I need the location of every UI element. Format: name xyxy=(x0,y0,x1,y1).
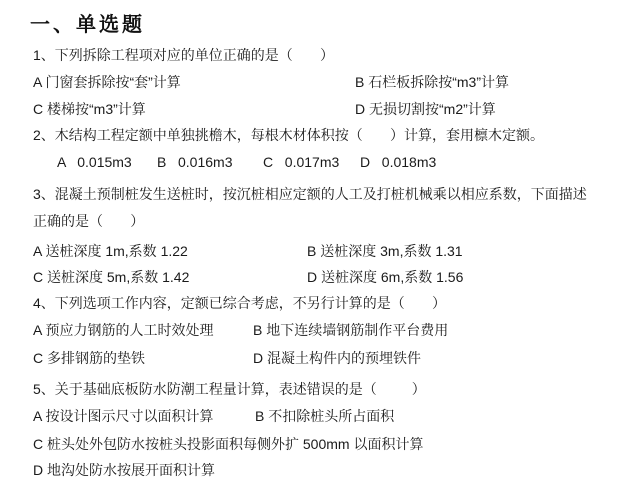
question-3-option-a: A 送桩深度 1m,系数 1.22 xyxy=(33,243,188,259)
question-3-stem-line1: 3、混凝土预制桩发生送桩时，按沉桩相应定额的人工及打桩机械乘以相应系数，下面描述 xyxy=(33,186,587,202)
question-3-option-c: C 送桩深度 5m,系数 1.42 xyxy=(33,269,189,285)
question-5-option-c: C 桩头处外包防水按桩头投影面积每侧外扩 500mm 以面积计算 xyxy=(33,436,423,452)
question-4-option-c: C 多排钢筋的垫铁 xyxy=(33,350,145,366)
question-1-option-d: D 无损切割按“m2”计算 xyxy=(355,101,496,117)
question-3-stem-line2: 正确的是（ ） xyxy=(33,213,144,229)
section-title: 一、单选题 xyxy=(30,8,145,37)
question-2-option-d: D 0.018m3 xyxy=(360,154,436,170)
question-5-option-b: B 不扣除桩头所占面积 xyxy=(255,408,394,424)
question-5-option-a: A 按设计图示尺寸以面积计算 xyxy=(33,408,213,424)
question-2-option-a: A 0.015m3 xyxy=(57,154,132,170)
question-1-stem: 1、下列拆除工程项对应的单位正确的是（ ） xyxy=(33,47,334,63)
question-1-option-a: A 门窗套拆除按“套”计算 xyxy=(33,74,181,90)
question-4-stem: 4、下列选项工作内容，定额已综合考虑，不另行计算的是（ ） xyxy=(33,295,446,311)
question-2-stem: 2、木结构工程定额中单独挑檐木，每根木材体积按（ ）计算，套用檩木定额。 xyxy=(33,127,544,143)
exam-page: 一、单选题 1、下列拆除工程项对应的单位正确的是（ ） A 门窗套拆除按“套”计… xyxy=(0,0,637,483)
question-4-option-a: A 预应力钢筋的人工时效处理 xyxy=(33,322,213,338)
question-1-option-c: C 楼梯按“m3”计算 xyxy=(33,101,146,117)
question-3-option-b: B 送桩深度 3m,系数 1.31 xyxy=(307,243,463,259)
question-2-option-b: B 0.016m3 xyxy=(157,154,233,170)
question-3-option-d: D 送桩深度 6m,系数 1.56 xyxy=(307,269,463,285)
question-5-option-d: D 地沟处防水按展开面积计算 xyxy=(33,462,215,478)
question-1-option-b: B 石栏板拆除按“m3”计算 xyxy=(355,74,509,90)
question-5-stem: 5、关于基础底板防水防潮工程量计算，表述错误的是（ ） xyxy=(33,381,426,397)
question-4-option-d: D 混凝土构件内的预埋铁件 xyxy=(253,350,421,366)
question-2-option-c: C 0.017m3 xyxy=(263,154,339,170)
question-4-option-b: B 地下连续墙钢筋制作平台费用 xyxy=(253,322,448,338)
